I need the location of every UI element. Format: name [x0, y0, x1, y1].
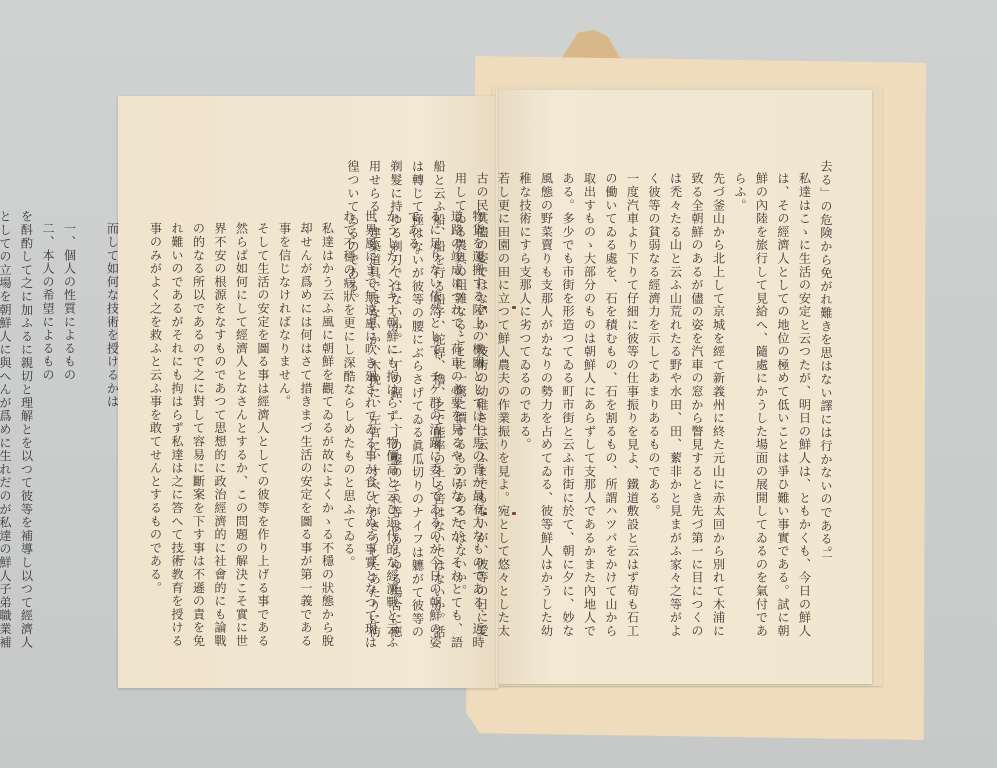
page-number: 二 [818, 548, 834, 559]
paragraph: 去る」の危険から免がれ難きを思はない譯には行かないのである。 [815, 160, 837, 640]
page-number: 三 [171, 550, 187, 561]
list-item: 一、個人の性質によるもの [58, 210, 80, 650]
paragraph: 物貨を運搬する陸上の機關としては牛馬の背が最有力なものである、近時道路の竣成につ… [402, 210, 488, 650]
spacer [123, 210, 145, 650]
spacer [80, 210, 102, 650]
paragraph: かうしたノンキナ朝鮮にも拘はらず、物價高と云ひ近代的な經濟戰と云ふ世界風にまで無… [338, 210, 403, 650]
paragraph: そして生活の安定を圖る事は經濟人としての彼等を作り上げる事である然らば如何にして… [144, 210, 273, 650]
left-page-text: 物貨を運搬する陸上の機關としては牛馬の背が最有力なものである、近時道路の竣成につ… [170, 210, 488, 650]
right-page-text: 去る」の危険から免がれ難きを思はない譯には行かないのである。 私達はこゝに生活の… [516, 160, 836, 640]
paragraph: 一度汽車より下りて仔細に彼等の仕事振りを見よ、鐵道敷設と云はず苟も石工の働いてゐ… [514, 160, 643, 640]
paragraph: を酙酌して之に加ふるに親切と理解とを以つて彼等を補導し以つて經濟人としての立場を… [0, 210, 37, 650]
section-heading: 而して如何な技術を授けるかは [101, 210, 123, 650]
paragraph: 私達はこゝに生活の安定と云つたが、明日の鮮人は、ともかくも、今日の鮮人は、その經… [729, 160, 815, 640]
paragraph: 私達はかう云ふ風に朝鮮を觀てゐるが故によくかゝる不穩の狀態から脫却せんが爲めには… [273, 210, 338, 650]
paragraph: 先づ釜山から北上して京城を經て新義州に終た元山に赤太回から別れて木浦に致る全朝鮮… [643, 160, 729, 640]
list-item: 二、本人の希望によるもの [37, 210, 59, 650]
